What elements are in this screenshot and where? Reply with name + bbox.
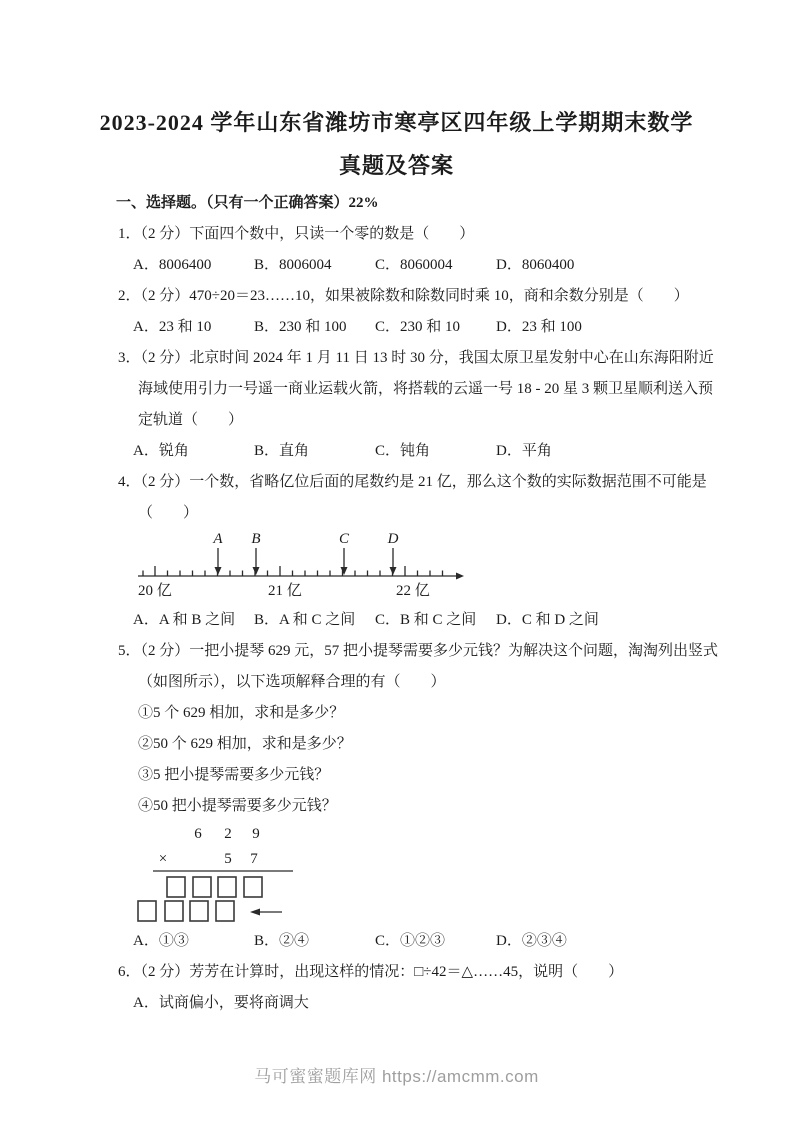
q3-option-b: B．直角: [254, 436, 375, 467]
q1-option-d: D．8060400: [496, 250, 574, 281]
question-5-text-line-1: 5．（2 分）一把小提琴 629 元，57 把小提琴需要多少元钱？为解决这个问题…: [118, 636, 793, 667]
number-line-point-label-c: C: [339, 531, 350, 547]
question-2-options: A．23 和 10 B．230 和 100 C．230 和 10 D．23 和 …: [133, 312, 793, 343]
multiplicand-digit-tens: 2: [224, 826, 232, 842]
exam-title-line-2: 真题及答案: [0, 144, 793, 187]
down-arrow-c: [341, 548, 348, 575]
axis-line: [138, 573, 464, 580]
question-6-options: A．试商偏小，要将商调大: [133, 988, 793, 1019]
axis-label-22yi: 22 亿: [396, 582, 430, 599]
question-5-options: A．①③ B．②④ C．①②③ D．②③④: [133, 926, 793, 957]
footer-site-text: 马可蜜蜜题库网 https://amcmm.com: [0, 1064, 793, 1090]
q4-option-d: D．C 和 D 之间: [496, 605, 599, 636]
multiplicand-digit-units: 9: [252, 826, 260, 842]
question-4-number-line-figure: A B C D 20 亿: [0, 529, 793, 605]
partial-product-row-2-boxes: [138, 901, 234, 921]
q5-option-b: B．②④: [254, 926, 375, 957]
q3-option-d: D．平角: [496, 436, 552, 467]
q2-option-b: B．230 和 100: [254, 312, 375, 343]
q5-subitem-1: ①5 个 629 相加，求和是多少？: [138, 698, 793, 729]
question-4-options: A．A 和 B 之间 B．A 和 C 之间 C．B 和 C 之间 D．C 和 D…: [133, 605, 793, 636]
question-1-options: A．8006400 B．8006004 C．8060004 D．8060400: [133, 250, 793, 281]
q1-option-b: B．8006004: [254, 250, 375, 281]
answer-box: [138, 901, 156, 921]
question-4-text-line-2: （ ）: [138, 498, 793, 529]
question-2-text: 2．（2 分）470÷20＝23……10，如果被除数和除数同时乘 10，商和余数…: [118, 281, 793, 312]
number-line-diagram: A B C D 20 亿: [130, 529, 475, 605]
axis-label-21yi: 21 亿: [268, 582, 302, 599]
q2-option-d: D．23 和 100: [496, 312, 582, 343]
q1-option-c: C．8060004: [375, 250, 496, 281]
multiplier-digit-units: 7: [250, 851, 258, 867]
row-2-pointer-left-arrow-icon: [250, 909, 282, 916]
question-5-vertical-multiplication-figure: 6 2 9 × 5 7: [0, 822, 793, 926]
question-3-options: A．锐角 B．直角 C．钝角 D．平角: [133, 436, 793, 467]
minor-tick-marks: [143, 571, 443, 577]
multiply-sign-icon: ×: [159, 851, 167, 867]
question-5-text-line-2: （如图所示），以下选项解释合理的有（ ）: [138, 667, 793, 698]
q5-option-c: C．①②③: [375, 926, 496, 957]
multiplier-digit-tens: 5: [224, 851, 232, 867]
partial-product-row-1-boxes: [167, 877, 262, 897]
q3-option-c: C．钝角: [375, 436, 496, 467]
exam-title: 2023-2024 学年山东省潍坊市寒亭区四年级上学期期末数学 真题及答案: [0, 0, 793, 187]
answer-box: [193, 877, 211, 897]
answer-box: [216, 901, 234, 921]
q5-subitem-2: ②50 个 629 相加，求和是多少？: [138, 729, 793, 760]
number-line-point-label-a: A: [212, 531, 223, 547]
answer-box: [167, 877, 185, 897]
axis-label-20yi: 20 亿: [138, 582, 172, 599]
answer-box: [165, 901, 183, 921]
question-3-text-line-1: 3．（2 分）北京时间 2024 年 1 月 11 日 13 时 30 分，我国…: [118, 343, 793, 374]
question-3-text-line-3: 定轨道（ ）: [138, 405, 793, 436]
q6-option-a: A．试商偏小，要将商调大: [133, 988, 309, 1019]
answer-box: [218, 877, 236, 897]
number-line-point-label-d: D: [387, 531, 399, 547]
question-4-text-line-1: 4．（2 分）一个数，省略亿位后面的尾数约是 21 亿，那么这个数的实际数据范围…: [118, 467, 793, 498]
q1-option-a: A．8006400: [133, 250, 254, 281]
q4-option-a: A．A 和 B 之间: [133, 605, 254, 636]
q3-option-a: A．锐角: [133, 436, 254, 467]
answer-box: [244, 877, 262, 897]
q5-option-a: A．①③: [133, 926, 254, 957]
q5-subitem-4: ④50 把小提琴需要多少元钱？: [138, 791, 793, 822]
q5-subitem-3: ③5 把小提琴需要多少元钱？: [138, 760, 793, 791]
question-1-text: 1．（2 分）下面四个数中，只读一个零的数是（ ）: [118, 219, 793, 250]
q5-option-d: D．②③④: [496, 926, 567, 957]
answer-box: [190, 901, 208, 921]
question-3-text-line-2: 海域使用引力一号遥一商业运载火箭，将搭载的云遥一号 18 - 20 星 3 颗卫…: [138, 374, 793, 405]
number-line-point-label-b: B: [251, 531, 260, 547]
q2-option-a: A．23 和 10: [133, 312, 254, 343]
exam-document-page: 2023-2024 学年山东省潍坊市寒亭区四年级上学期期末数学 真题及答案 一、…: [0, 0, 793, 1122]
q4-option-c: C．B 和 C 之间: [375, 605, 496, 636]
vertical-multiplication-diagram: 6 2 9 × 5 7: [130, 822, 330, 926]
multiplicand-digit-hundreds: 6: [194, 826, 202, 842]
section-heading: 一、选择题。（只有一个正确答案）22%: [116, 187, 793, 219]
exam-title-line-1: 2023-2024 学年山东省潍坊市寒亭区四年级上学期期末数学: [0, 101, 793, 144]
down-arrow-b: [253, 548, 260, 575]
question-6-text: 6．（2 分）芳芳在计算时，出现这样的情况：□÷42＝△……45，说明（ ）: [118, 957, 793, 988]
q4-option-b: B．A 和 C 之间: [254, 605, 375, 636]
q2-option-c: C．230 和 10: [375, 312, 496, 343]
